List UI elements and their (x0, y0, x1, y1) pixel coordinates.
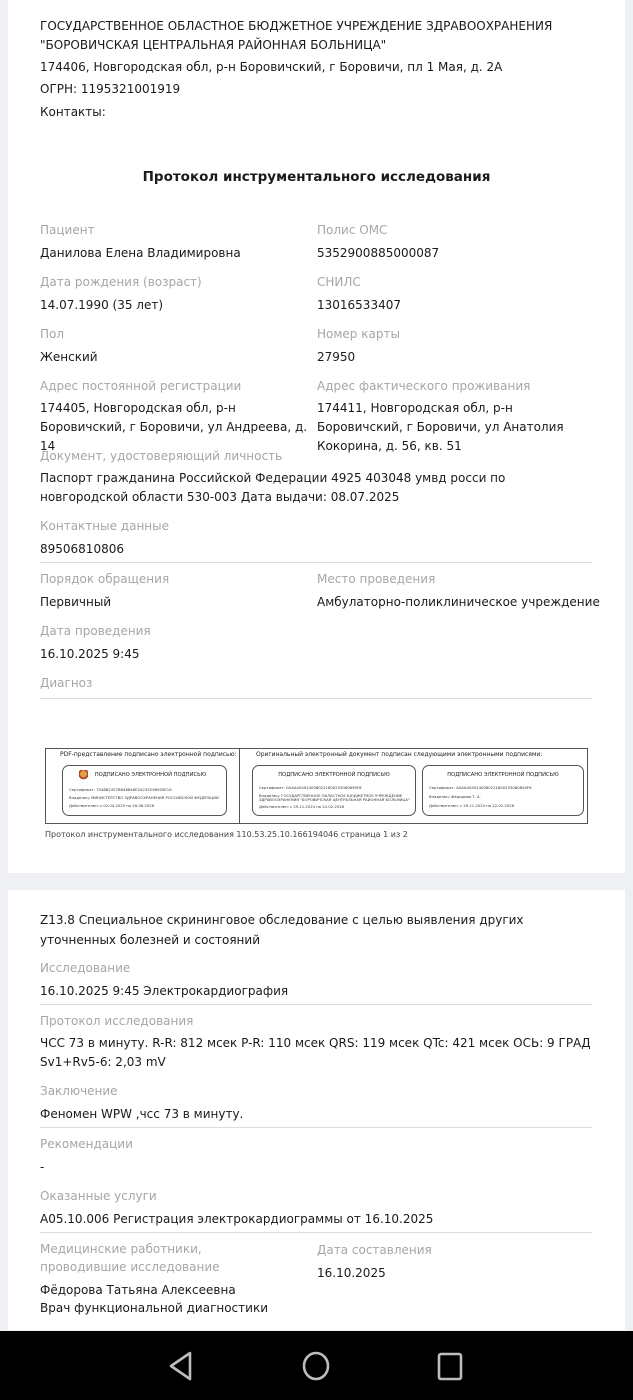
stamp-valid: Действителен: с 29.11.2024 по 22.02.2026 (259, 804, 344, 809)
document-title: Протокол инструментального исследования (8, 166, 625, 188)
id-doc-label: Документ, удостоверяющий личность (40, 446, 282, 466)
dob-label: Дата рождения (возраст) (40, 272, 202, 292)
dob-value: 14.07.1990 (35 лет) (40, 295, 163, 315)
snils-value: 13016533407 (317, 295, 401, 315)
sex-value: Женский (40, 347, 98, 367)
original-signature-header: Оригинальный электронный документ подпис… (256, 750, 542, 760)
stamp-owner-line2: ЗДРАВООХРАНЕНИЯ "БОРОВИЧСКАЯ ЦЕНТРАЛЬНАЯ… (259, 797, 410, 802)
org-address: 174406, Новгородская обл, р-н Боровичски… (40, 57, 502, 77)
visit-order-label: Порядок обращения (40, 569, 169, 589)
diagnosis-value: Z13.8 Специальное скрининговое обследова… (40, 910, 570, 950)
signature-stamp-hospital: ПОДПИСАНО ЭЛЕКТРОННОЙ ПОДПИСЬЮ Сертифика… (252, 765, 416, 816)
stamp-title: ПОДПИСАНО ЭЛЕКТРОННОЙ ПОДПИСЬЮ (253, 771, 415, 779)
back-button[interactable] (164, 1349, 198, 1383)
home-icon (300, 1350, 332, 1382)
snils-label: СНИЛС (317, 272, 361, 292)
signature-stamp-doctor: ПОДПИСАНО ЭЛЕКТРОННОЙ ПОДПИСЬЮ Сертифика… (422, 765, 584, 816)
reg-address-label: Адрес постоянной регистрации (40, 376, 241, 396)
pdf-signature-header: PDF-представление подписано электронной … (60, 750, 237, 760)
stamp-owner: Владелец: МИНИСТЕРСТВО ЗДРАВООХРАНЕНИЯ Р… (69, 795, 219, 800)
stamp-cert: Сертификат: 0AAA404924008022180025306089… (259, 785, 362, 790)
conclusion-label: Заключение (40, 1081, 118, 1101)
divider (40, 1232, 592, 1233)
protocol-label: Протокол исследования (40, 1011, 193, 1031)
signature-stamp-ministry: ПОДПИСАНО ЭЛЕКТРОННОЙ ПОДПИСЬЮ Сертифика… (62, 765, 227, 816)
divider (40, 1004, 592, 1005)
stamp-cert: Сертификат: 7548B2457B648848E2A745296505… (69, 787, 172, 792)
patient-label: Пациент (40, 220, 95, 240)
compiled-date-label: Дата составления (317, 1240, 432, 1260)
stamp-title: ПОДПИСАНО ЭЛЕКТРОННОЙ ПОДПИСЬЮ (423, 771, 583, 779)
staff-label: Медицинские работники, проводившие иссле… (40, 1240, 290, 1276)
stamp-owner: Владелец: Фёдорова Т. А. (429, 794, 481, 799)
document-page-1: ГОСУДАРСТВЕННОЕ ОБЛАСТНОЕ БЮДЖЕТНОЕ УЧРЕ… (8, 0, 625, 873)
divider (40, 1127, 592, 1128)
signature-divider (239, 749, 240, 823)
card-label: Номер карты (317, 324, 400, 344)
recommendations-value: - (40, 1157, 44, 1177)
home-button[interactable] (299, 1349, 333, 1383)
id-doc-value: Паспорт гражданина Российской Федерации … (40, 469, 570, 507)
visit-place-value: Амбулаторно-поликлиническое учреждение (317, 592, 600, 612)
stamp-valid: Действителен: с 29.11.2024 по 22.02.2026 (429, 803, 514, 808)
oms-value: 5352900885000087 (317, 243, 439, 263)
staff-name: Фёдорова Татьяна Алексеевна (40, 1280, 236, 1300)
oms-label: Полис ОМС (317, 220, 387, 240)
protocol-value: ЧСС 73 в минуту. R-R: 812 мсек P-R: 110 … (40, 1034, 600, 1072)
recents-icon (434, 1350, 466, 1382)
diagnosis-label: Диагноз (40, 673, 92, 693)
card-value: 27950 (317, 347, 355, 367)
actual-address-value: 174411, Новгородская обл, р-н Боровичски… (317, 399, 589, 456)
contact-value: 89506810806 (40, 539, 124, 559)
contact-label: Контактные данные (40, 516, 169, 536)
system-navigation-bar (0, 1331, 633, 1400)
stamp-cert: Сертификат: 0AAA404924008022180025306089… (429, 785, 532, 790)
sex-label: Пол (40, 324, 64, 344)
stamp-valid: Действителен: с 02.04.2025 по 26.06.2026 (69, 803, 154, 808)
staff-role: Врач функциональной диагностики (40, 1298, 268, 1318)
divider (40, 562, 592, 563)
recommendations-label: Рекомендации (40, 1134, 133, 1154)
visit-date-value: 16.10.2025 9:45 (40, 644, 139, 664)
recents-button[interactable] (433, 1349, 467, 1383)
org-contacts: Контакты: (40, 102, 106, 122)
back-icon (166, 1350, 196, 1382)
visit-place-label: Место проведения (317, 569, 435, 589)
org-name-line2: "БОРОВИЧСКАЯ ЦЕНТРАЛЬНАЯ РАЙОННАЯ БОЛЬНИ… (40, 35, 386, 55)
divider (40, 698, 592, 699)
services-label: Оказанные услуги (40, 1186, 157, 1206)
stamp-title: ПОДПИСАНО ЭЛЕКТРОННОЙ ПОДПИСЬЮ (63, 771, 226, 779)
conclusion-value: Феномен WPW ,чсс 73 в минуту. (40, 1104, 243, 1124)
compiled-date-value: 16.10.2025 (317, 1263, 386, 1283)
study-label: Исследование (40, 958, 130, 978)
e-signature-block: PDF-представление подписано электронной … (45, 748, 588, 824)
actual-address-label: Адрес фактического проживания (317, 376, 530, 396)
study-value: 16.10.2025 9:45 Электрокардиография (40, 981, 288, 1001)
org-ogrn: ОГРН: 1195321001919 (40, 79, 180, 99)
services-value: А05.10.006 Регистрация электрокардиограм… (40, 1209, 433, 1229)
org-name-line1: ГОСУДАРСТВЕННОЕ ОБЛАСТНОЕ БЮДЖЕТНОЕ УЧРЕ… (40, 16, 552, 36)
patient-name: Данилова Елена Владимировна (40, 243, 241, 263)
visit-date-label: Дата проведения (40, 621, 151, 641)
document-page-2: Z13.8 Специальное скрининговое обследова… (8, 890, 625, 1330)
visit-order-value: Первичный (40, 592, 111, 612)
page-footer: Протокол инструментального исследования … (45, 829, 408, 841)
